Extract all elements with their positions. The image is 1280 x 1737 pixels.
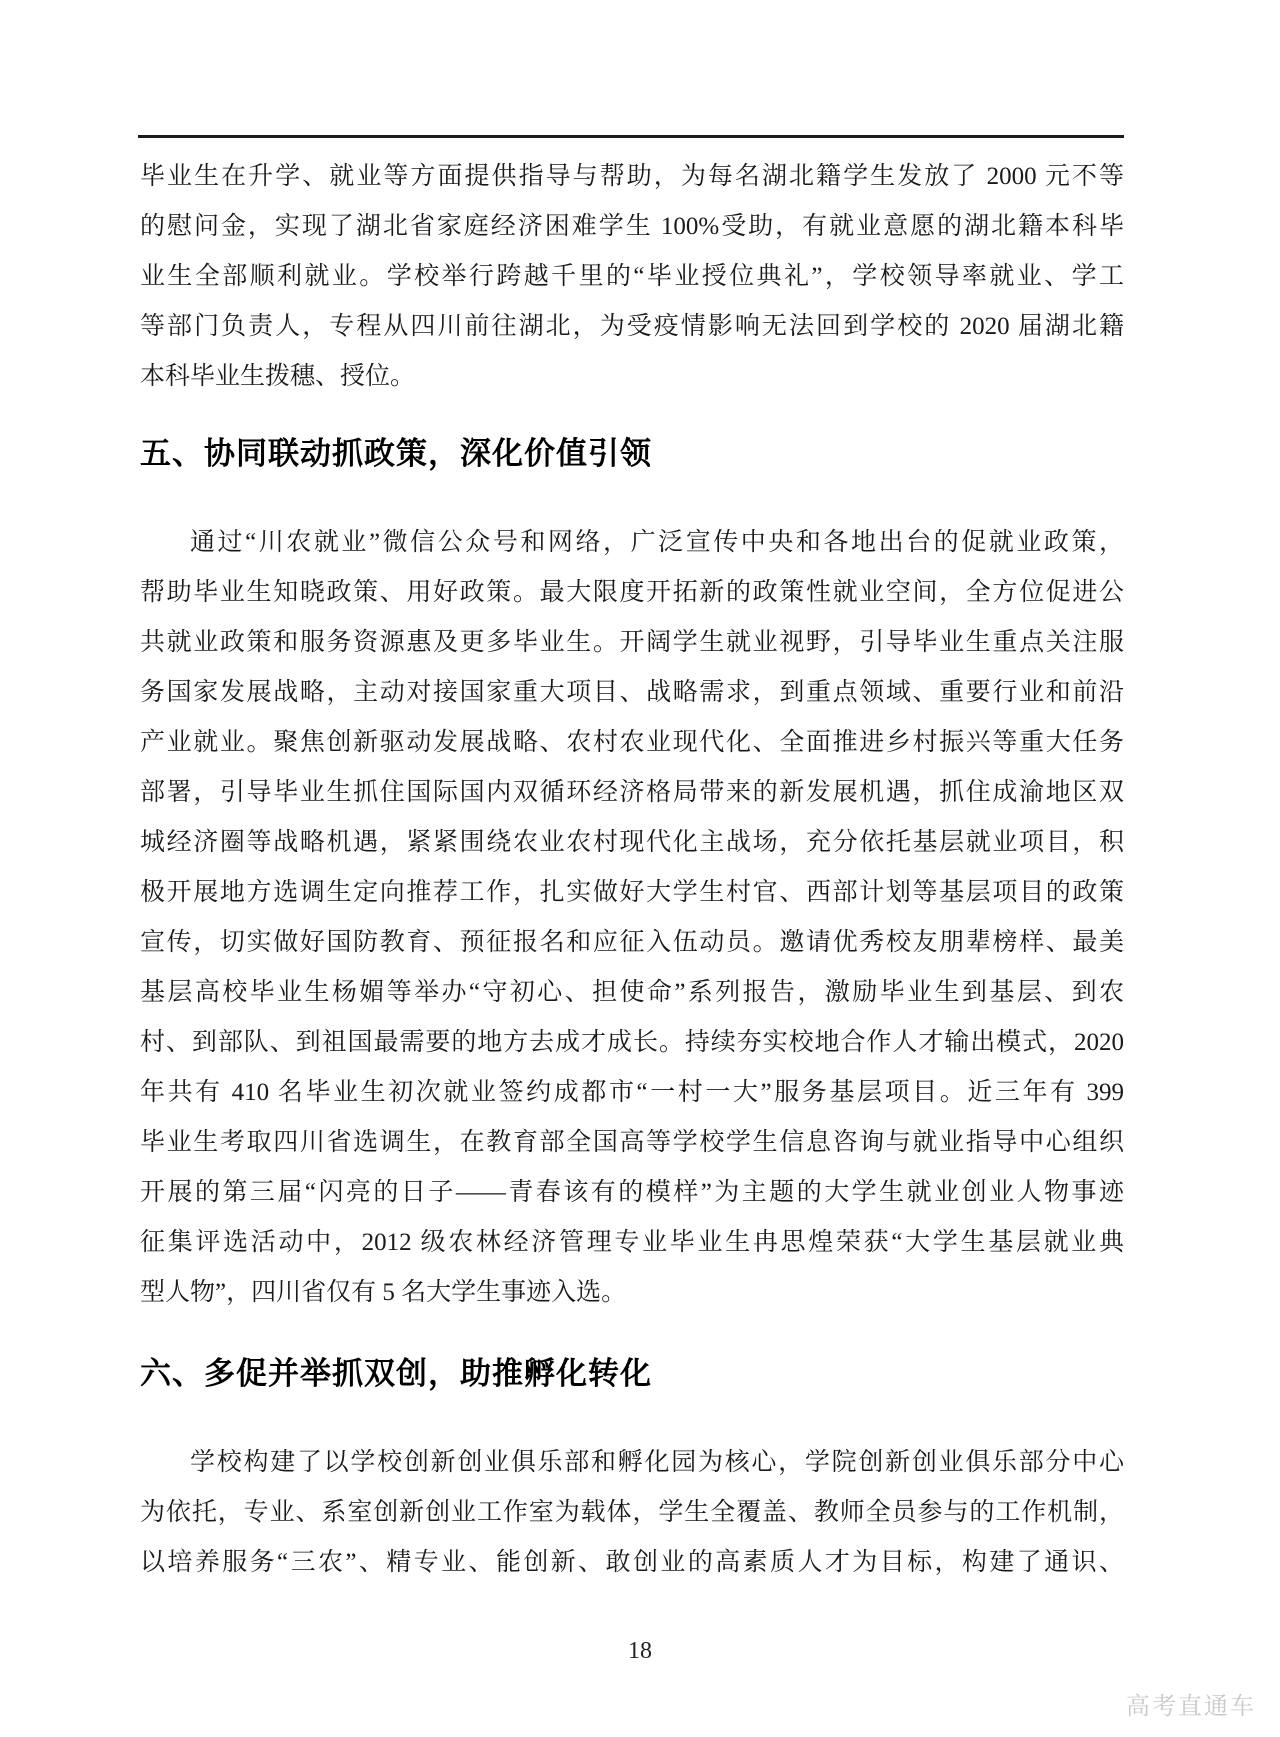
text-line: 城经济圈等战略机遇，紧紧围绕农业农村现代化主战场，充分依托基层就业项目，积 [140,818,1124,868]
text-line: 宣传，切实做好国防教育、预征报名和应征入伍动员。邀请优秀校友朋辈榜样、最美 [140,918,1124,968]
text-line: 年共有 410 名毕业生初次就业签约成都市“一村一大”服务基层项目。近三年有 3… [140,1068,1124,1118]
text-line: 共就业政策和服务资源惠及更多毕业生。开阔学生就业视野，引导毕业生重点关注服 [140,618,1124,668]
text-line: 征集评选活动中，2012 级农林经济管理专业毕业生冉思煌荣获“大学生基层就业典 [140,1218,1124,1268]
text-line: 业生全部顺利就业。学校举行跨越千里的“毕业授位典礼”，学校领导率就业、学工 [140,252,1124,302]
header-rule [138,135,1124,138]
text-line: 通过“川农就业”微信公众号和网络，广泛宣传中央和各地出台的促就业政策， [140,518,1124,568]
text-line: 极开展地方选调生定向推荐工作，扎实做好大学生村官、西部计划等基层项目的政策 [140,868,1124,918]
text-line: 产业就业。聚焦创新驱动发展战略、农村农业现代化、全面推进乡村振兴等重大任务 [140,718,1124,768]
text-line: 等部门负责人，专程从四川前往湖北，为受疫情影响无法回到学校的 2020 届湖北籍 [140,302,1124,352]
paragraph-continuation: 毕业生在升学、就业等方面提供指导与帮助，为每名湖北籍学生发放了 2000 元不等… [140,152,1124,402]
text-line: 以培养服务“三农”、精专业、能创新、敢创业的高素质人才为目标，构建了通识、 [140,1538,1124,1588]
section-heading-5: 五、协同联动抓政策，深化价值引领 [140,434,1124,474]
section-heading-6: 六、多促并举抓双创，助推孵化转化 [140,1354,1124,1394]
page-number: 18 [0,1638,1280,1665]
text-line: 务国家发展战略，主动对接国家重大项目、战略需求，到重点领域、重要行业和前沿 [140,668,1124,718]
text-line: 的慰问金，实现了湖北省家庭经济困难学生 100%受助，有就业意愿的湖北籍本科毕 [140,202,1124,252]
paragraph-innovation: 学校构建了以学校创新创业俱乐部和孵化园为核心，学院创新创业俱乐部分中心 为依托，… [140,1438,1124,1588]
text-line: 型人物”，四川省仅有 5 名大学生事迹入选。 [140,1268,1124,1318]
document-page: 毕业生在升学、就业等方面提供指导与帮助，为每名湖北籍学生发放了 2000 元不等… [0,0,1280,1737]
text-line: 基层高校毕业生杨媚等举办“守初心、担使命”系列报告，激励毕业生到基层、到农 [140,968,1124,1018]
text-line: 帮助毕业生知晓政策、用好政策。最大限度开拓新的政策性就业空间，全方位促进公 [140,568,1124,618]
text-line: 毕业生考取四川省选调生，在教育部全国高等学校学生信息咨询与就业指导中心组织 [140,1118,1124,1168]
text-line: 村、到部队、到祖国最需要的地方去成才成长。持续夯实校地合作人才输出模式，2020 [140,1018,1124,1068]
text-line: 本科毕业生拨穗、授位。 [140,352,1124,402]
text-line: 毕业生在升学、就业等方面提供指导与帮助，为每名湖北籍学生发放了 2000 元不等 [140,152,1124,202]
text-line: 学校构建了以学校创新创业俱乐部和孵化园为核心，学院创新创业俱乐部分中心 [140,1438,1124,1488]
text-line: 开展的第三届“闪亮的日子——青春该有的模样”为主题的大学生就业创业人物事迹 [140,1168,1124,1218]
paragraph-policy: 通过“川农就业”微信公众号和网络，广泛宣传中央和各地出台的促就业政策， 帮助毕业… [140,518,1124,1318]
text-line: 部署，引导毕业生抓住国际国内双循环经济格局带来的新发展机遇，抓住成渝地区双 [140,768,1124,818]
watermark: 高考直通车 [1126,1686,1256,1721]
text-line: 为依托，专业、系室创新创业工作室为载体，学生全覆盖、教师全员参与的工作机制， [140,1488,1124,1538]
